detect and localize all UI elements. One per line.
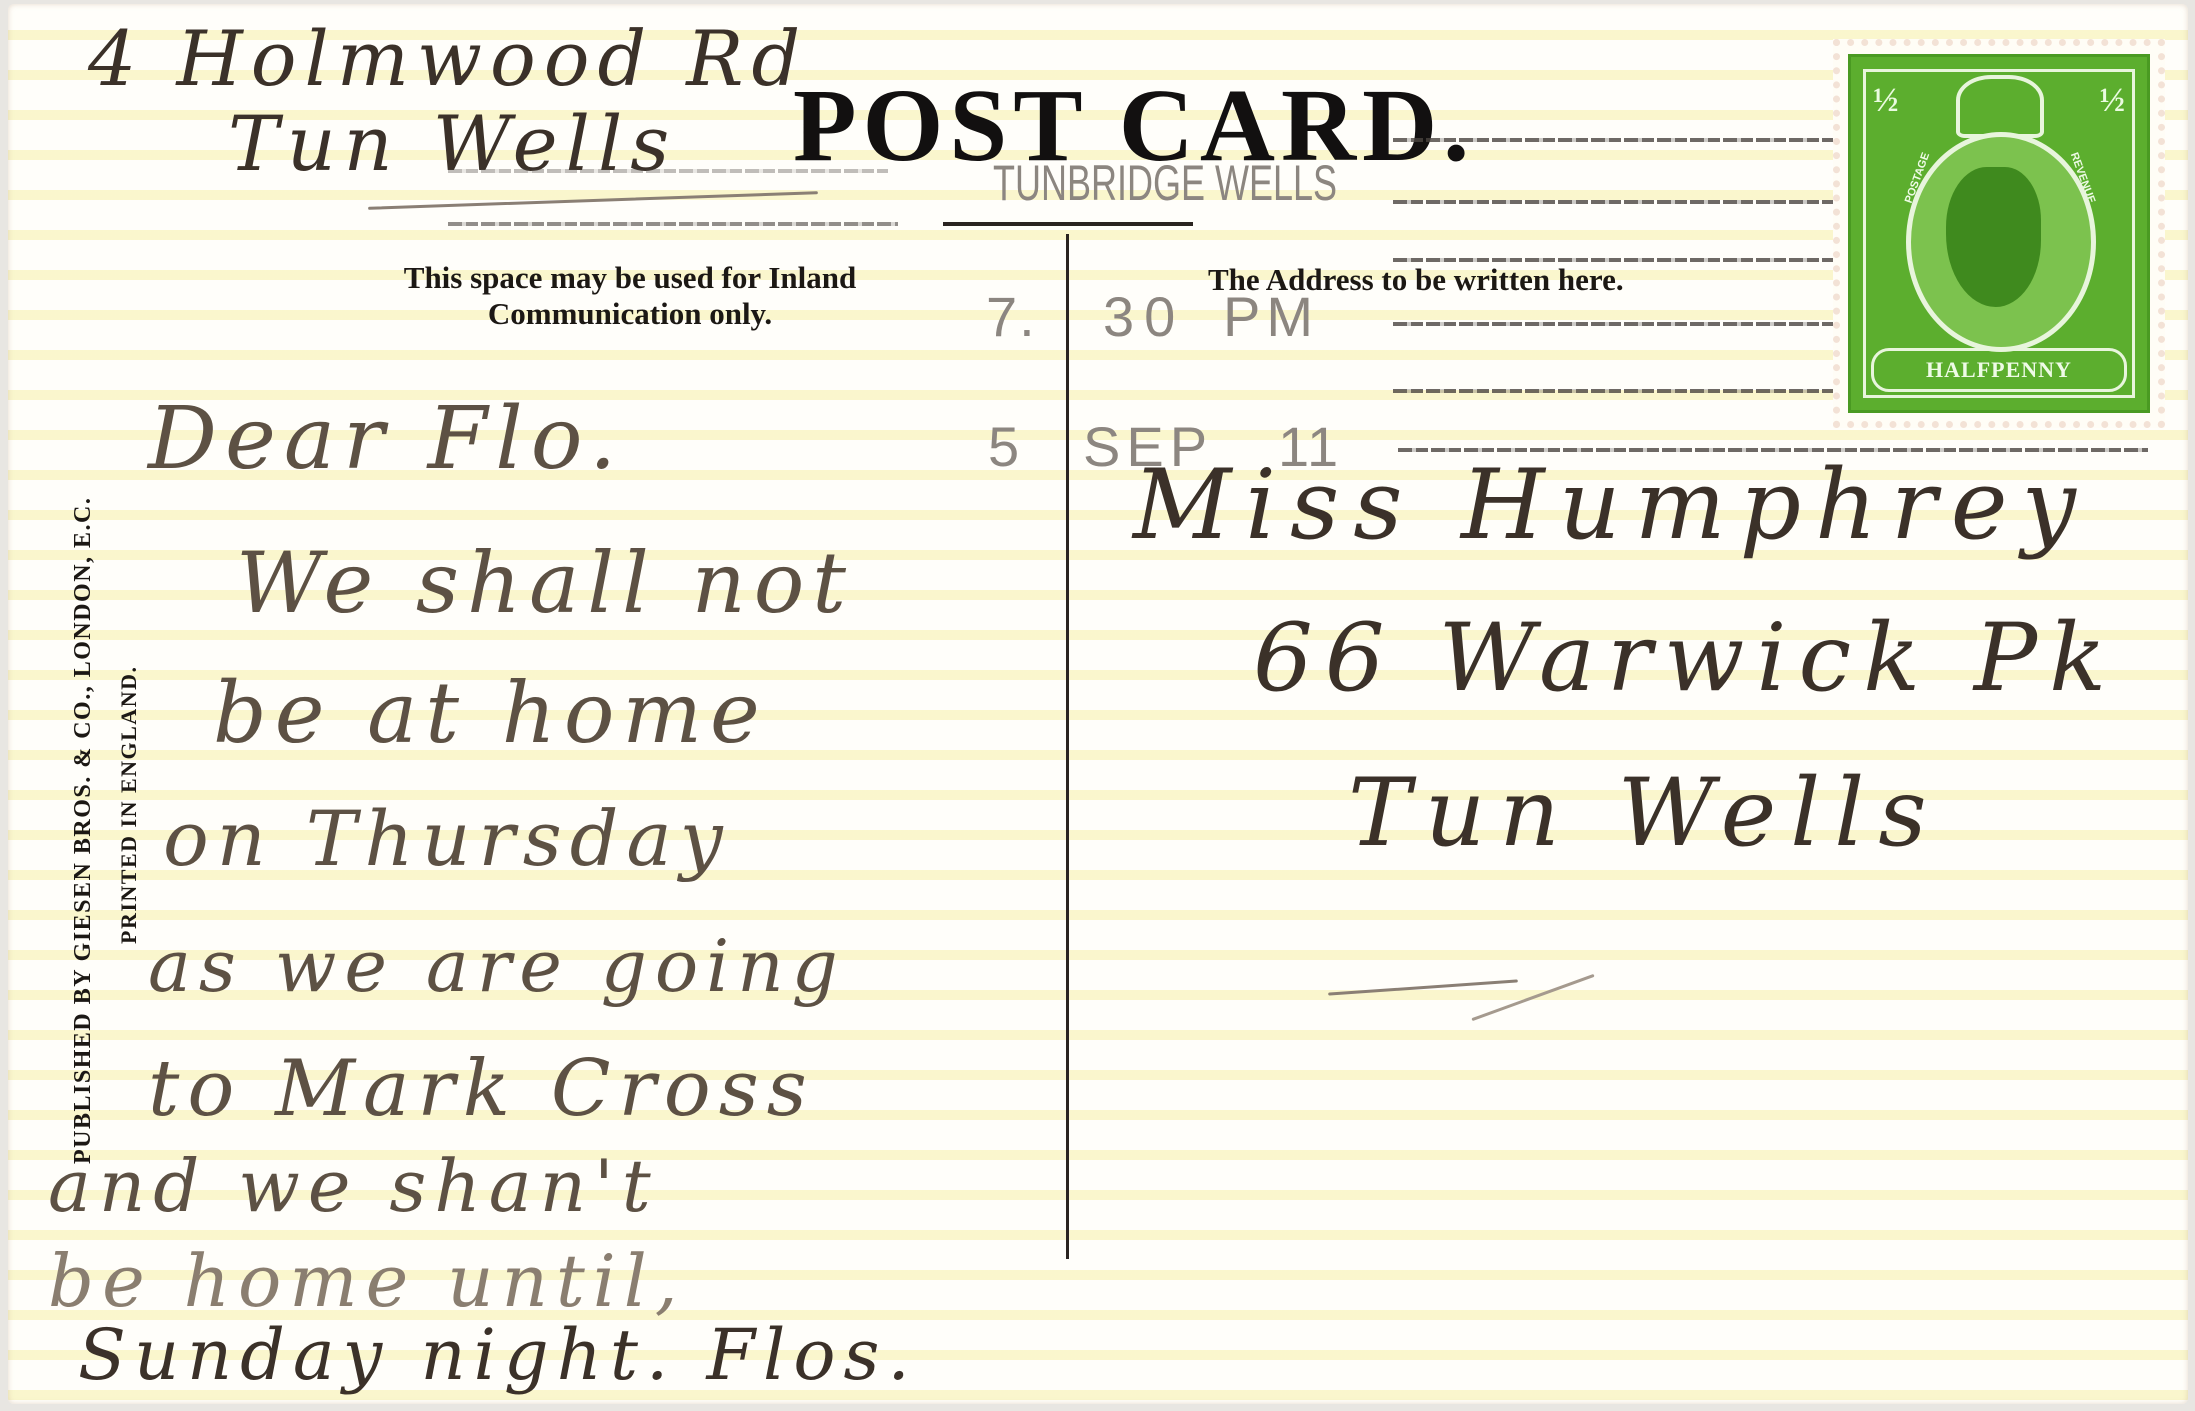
address-underline bbox=[1328, 979, 1518, 995]
address-street: 66 Warwick Pk bbox=[1253, 604, 2118, 713]
sender-underline bbox=[368, 191, 818, 210]
postmark-ampm: PM bbox=[1223, 284, 1319, 349]
postmark-line bbox=[448, 169, 888, 173]
address-town: Tun Wells bbox=[1348, 759, 1941, 868]
publisher-credit: PUBLISHED BY GIESEN BROS. & CO., LONDON,… bbox=[70, 497, 97, 1164]
message-line: Dear Flo. bbox=[148, 389, 624, 489]
printed-in-england: PRINTED IN ENGLAND. bbox=[116, 666, 142, 944]
message-signature-line: Sunday night. Flos. bbox=[78, 1314, 918, 1396]
stamp-value-left: ½ bbox=[1873, 82, 1899, 120]
postmark-minute: 30 bbox=[1103, 284, 1185, 349]
message-line: We shall not bbox=[236, 534, 854, 632]
stamp-body: ½ ½ POSTAGE REVENUE HALFPENNY bbox=[1848, 54, 2150, 413]
message-heading-line2: Communication only. bbox=[310, 296, 950, 332]
message-line: be at home bbox=[213, 664, 768, 762]
title-underline bbox=[943, 222, 1193, 226]
sender-address-line1: 4 Holmwood Rd bbox=[88, 14, 808, 103]
postmark-day: 5 bbox=[988, 414, 1021, 479]
message-heading-line1: This space may be used for Inland bbox=[310, 260, 950, 296]
stamp-value-right: ½ bbox=[2100, 82, 2126, 120]
message-heading: This space may be used for Inland Commun… bbox=[310, 260, 950, 332]
message-line: be home until, bbox=[48, 1239, 686, 1323]
message-line: on Thursday bbox=[163, 794, 731, 883]
sender-address-line2: Tun Wells bbox=[228, 99, 677, 188]
king-portrait-icon bbox=[1946, 167, 2041, 307]
center-divider bbox=[1066, 234, 1069, 1259]
postcard: 4 Holmwood Rd Tun Wells POST CARD. TUNBR… bbox=[8, 4, 2188, 1404]
message-line: and we shan't bbox=[48, 1144, 659, 1228]
postmark-line bbox=[448, 222, 898, 226]
postmark-hour: 7. bbox=[986, 284, 1037, 349]
message-line: as we are going bbox=[148, 924, 846, 1008]
postage-stamp: ½ ½ POSTAGE REVENUE HALFPENNY bbox=[1833, 39, 2165, 428]
postmark-town: TUNBRIDGE WELLS bbox=[993, 154, 1337, 212]
crown-icon bbox=[1956, 75, 2044, 138]
stamp-denomination-label: HALFPENNY bbox=[1871, 348, 2127, 392]
address-recipient: Miss Humphrey bbox=[1133, 449, 2090, 561]
message-line: to Mark Cross bbox=[148, 1044, 815, 1134]
